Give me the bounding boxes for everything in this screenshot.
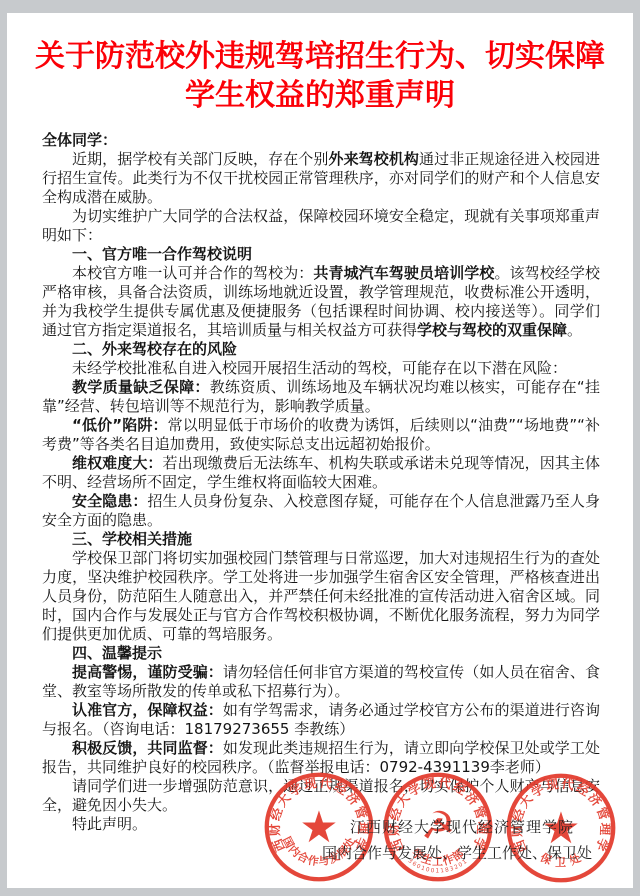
- section-heading-4: 四、温馨提示: [42, 644, 600, 663]
- text-run-bold: 学校与驾校的双重保障: [417, 321, 567, 339]
- signature-and-seals-area: 江西财经大学现代经济管理学院 国内合作与发展处、学生工作处、保卫处 江西财经大学…: [7, 758, 633, 888]
- paragraph-tip-alert: 提高警惕，谨防受骗：请勿轻信任何非官方渠道的驾校宣传（如人员在宿舍、食堂、教室等…: [42, 663, 600, 701]
- text-run-bold: 教学质量缺乏保障：: [72, 378, 210, 396]
- section-heading-3: 三、学校相关措施: [42, 530, 600, 549]
- paragraph-declaration-lead: 为切实维护广大同学的合法权益，保障校园环境安全稳定，现就有关事项郑重声明如下：: [42, 207, 600, 245]
- paragraph-school-measures: 学校保卫部门将切实加强校园门禁管理与日常巡逻，加大对违规招生行为的查处力度，坚决…: [42, 549, 600, 644]
- paragraph-risk-quality: 教学质量缺乏保障：教练资质、训练场地及车辆状况均难以核实，可能存在“挂靠”经营、…: [42, 378, 600, 416]
- paragraph-tip-official: 认准官方，保障权益：如有学驾需求，请务必通过学校官方公布的渠道进行咨询与报名。（…: [42, 701, 600, 739]
- paragraph-risk-price-trap: “低价”陷阱：常以明显低于市场价的收费为诱饵，后续则以“油费”“场地费”“补考费…: [42, 416, 600, 454]
- paragraph-official-school: 本校官方唯一认可并合作的驾校为：共青城汽车驾驶员培训学校。该驾校经学校严格审核，…: [42, 264, 600, 340]
- signature-departments: 国内合作与发展处、学生工作处、保卫处: [322, 842, 592, 863]
- text-run-bold: 安全隐患：: [72, 492, 147, 510]
- signature-institution: 江西财经大学现代经济管理学院: [350, 816, 574, 837]
- text-run-bold: 维权难度大：: [72, 454, 163, 472]
- text-run: 。: [567, 321, 582, 339]
- salutation: 全体同学：: [42, 131, 600, 150]
- paragraph-risk-lead: 未经学校批准私自进入校园开展招生活动的驾校，可能存在以下潜在风险：: [42, 359, 600, 378]
- section-heading-2: 二、外来驾校存在的风险: [42, 340, 600, 359]
- text-run: 近期，据学校有关部门反映，存在个别: [72, 150, 328, 168]
- document-page: 关于防范校外违规驾培招生行为、切实保障 学生权益的郑重声明 全体同学： 近期，据…: [7, 13, 633, 888]
- title-line-2: 学生权益的郑重声明: [185, 78, 455, 113]
- text-run-bold: 积极反馈，共同监督：: [72, 739, 223, 757]
- text-run-bold: 共青城汽车驾驶员培训学校: [313, 264, 494, 282]
- paragraph-intro: 近期，据学校有关部门反映，存在个别外来驾校机构通过非正规途径进入校园进行招生宣传…: [42, 150, 600, 207]
- section-heading-1: 一、官方唯一合作驾校说明: [42, 245, 600, 264]
- document-title: 关于防范校外违规驾培招生行为、切实保障 学生权益的郑重声明: [15, 37, 625, 115]
- paragraph-risk-rights: 维权难度大：若出现缴费后无法练车、机构失联或承诺未兑现等情况，因其主体不明、经营…: [42, 454, 600, 492]
- document-body: 全体同学： 近期，据学校有关部门反映，存在个别外来驾校机构通过非正规途径进入校园…: [7, 123, 633, 834]
- text-run-bold: “低价”陷阱：: [72, 416, 168, 434]
- text-run-bold: 认准官方，保障权益：: [72, 701, 223, 719]
- text-run: 本校官方唯一认可并合作的驾校为：: [72, 264, 313, 282]
- text-run-bold: 外来驾校机构: [328, 150, 419, 168]
- text-run-bold: 提高警惕，谨防受骗：: [72, 663, 223, 681]
- paragraph-risk-safety: 安全隐患：招生人员身份复杂、入校意图存疑，可能存在个人信息泄露乃至人身安全方面的…: [42, 492, 600, 530]
- title-line-1: 关于防范校外违规驾培招生行为、切实保障: [35, 39, 605, 74]
